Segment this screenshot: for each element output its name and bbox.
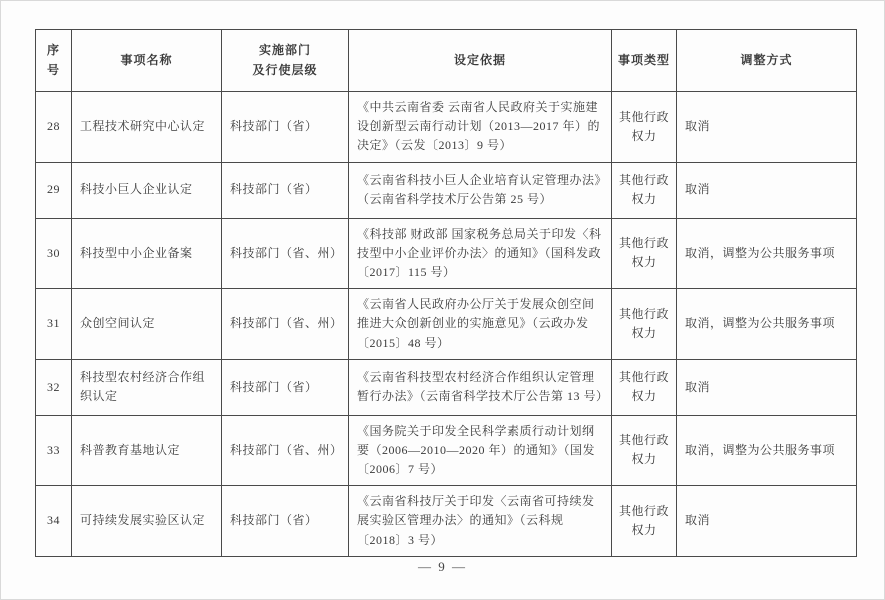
cell-name: 众创空间认定 — [72, 289, 222, 360]
header-row: 序 号 事项名称 实施部门 及行使层级 设定依据 事项类型 调整方式 — [36, 30, 857, 92]
cell-name: 可持续发展实验区认定 — [72, 486, 222, 557]
cell-dept: 科技部门（省、州） — [222, 218, 349, 289]
table-row: 31众创空间认定科技部门（省、州）《云南省人民政府办公厅关于发展众创空间推进大众… — [36, 289, 857, 360]
cell-num: 34 — [36, 486, 72, 557]
cell-name: 科普教育基地认定 — [72, 415, 222, 486]
table-header: 序 号 事项名称 实施部门 及行使层级 设定依据 事项类型 调整方式 — [36, 30, 857, 92]
cell-name: 科技型中小企业备案 — [72, 218, 222, 289]
header-adjustment-method: 调整方式 — [677, 30, 857, 92]
cell-basis: 《云南省科技型农村经济合作组织认定管理暂行办法》（云南省科学技术厅公告第 13 … — [349, 359, 612, 415]
header-setting-basis: 设定依据 — [349, 30, 612, 92]
cell-adjust: 取消，调整为公共服务事项 — [677, 218, 857, 289]
items-table: 序 号 事项名称 实施部门 及行使层级 设定依据 事项类型 调整方式 28工程技… — [35, 29, 857, 557]
cell-num: 30 — [36, 218, 72, 289]
table-row: 33科普教育基地认定科技部门（省、州）《国务院关于印发全民科学素质行动计划纲要（… — [36, 415, 857, 486]
cell-num: 32 — [36, 359, 72, 415]
cell-basis: 《云南省人民政府办公厅关于发展众创空间推进大众创新创业的实施意见》（云政办发〔2… — [349, 289, 612, 360]
cell-adjust: 取消，调整为公共服务事项 — [677, 289, 857, 360]
header-item-type: 事项类型 — [612, 30, 677, 92]
cell-name: 科技小巨人企业认定 — [72, 162, 222, 218]
cell-type: 其他行政权力 — [612, 92, 677, 163]
header-item-name: 事项名称 — [72, 30, 222, 92]
table-row: 29科技小巨人企业认定科技部门（省）《云南省科技小巨人企业培育认定管理办法》（云… — [36, 162, 857, 218]
cell-num: 28 — [36, 92, 72, 163]
table-row: 28工程技术研究中心认定科技部门（省）《中共云南省委 云南省人民政府关于实施建设… — [36, 92, 857, 163]
table-row: 34可持续发展实验区认定科技部门（省）《云南省科技厅关于印发〈云南省可持续发展实… — [36, 486, 857, 557]
header-serial-number: 序 号 — [36, 30, 72, 92]
cell-dept: 科技部门（省、州） — [222, 415, 349, 486]
cell-type: 其他行政权力 — [612, 162, 677, 218]
document-page: 序 号 事项名称 实施部门 及行使层级 设定依据 事项类型 调整方式 28工程技… — [0, 0, 885, 600]
cell-type: 其他行政权力 — [612, 415, 677, 486]
cell-num: 33 — [36, 415, 72, 486]
cell-num: 31 — [36, 289, 72, 360]
header-implementing-dept: 实施部门 及行使层级 — [222, 30, 349, 92]
cell-num: 29 — [36, 162, 72, 218]
cell-adjust: 取消 — [677, 486, 857, 557]
cell-adjust: 取消 — [677, 162, 857, 218]
table-body: 28工程技术研究中心认定科技部门（省）《中共云南省委 云南省人民政府关于实施建设… — [36, 92, 857, 557]
cell-type: 其他行政权力 — [612, 359, 677, 415]
cell-adjust: 取消 — [677, 359, 857, 415]
cell-dept: 科技部门（省） — [222, 162, 349, 218]
cell-basis: 《云南省科技小巨人企业培育认定管理办法》（云南省科学技术厅公告第 25 号） — [349, 162, 612, 218]
cell-adjust: 取消，调整为公共服务事项 — [677, 415, 857, 486]
cell-basis: 《科技部 财政部 国家税务总局关于印发〈科技型中小企业评价办法〉的通知》（国科发… — [349, 218, 612, 289]
cell-dept: 科技部门（省、州） — [222, 289, 349, 360]
cell-basis: 《中共云南省委 云南省人民政府关于实施建设创新型云南行动计划（2013—2017… — [349, 92, 612, 163]
cell-basis: 《云南省科技厅关于印发〈云南省可持续发展实验区管理办法〉的通知》（云科规〔201… — [349, 486, 612, 557]
page-number: — 9 — — [1, 559, 884, 575]
cell-dept: 科技部门（省） — [222, 359, 349, 415]
cell-type: 其他行政权力 — [612, 486, 677, 557]
cell-dept: 科技部门（省） — [222, 486, 349, 557]
cell-name: 科技型农村经济合作组织认定 — [72, 359, 222, 415]
cell-dept: 科技部门（省） — [222, 92, 349, 163]
table-row: 32科技型农村经济合作组织认定科技部门（省）《云南省科技型农村经济合作组织认定管… — [36, 359, 857, 415]
cell-type: 其他行政权力 — [612, 289, 677, 360]
cell-type: 其他行政权力 — [612, 218, 677, 289]
cell-name: 工程技术研究中心认定 — [72, 92, 222, 163]
table-row: 30科技型中小企业备案科技部门（省、州）《科技部 财政部 国家税务总局关于印发〈… — [36, 218, 857, 289]
cell-basis: 《国务院关于印发全民科学素质行动计划纲要（2006—2010—2020 年）的通… — [349, 415, 612, 486]
cell-adjust: 取消 — [677, 92, 857, 163]
